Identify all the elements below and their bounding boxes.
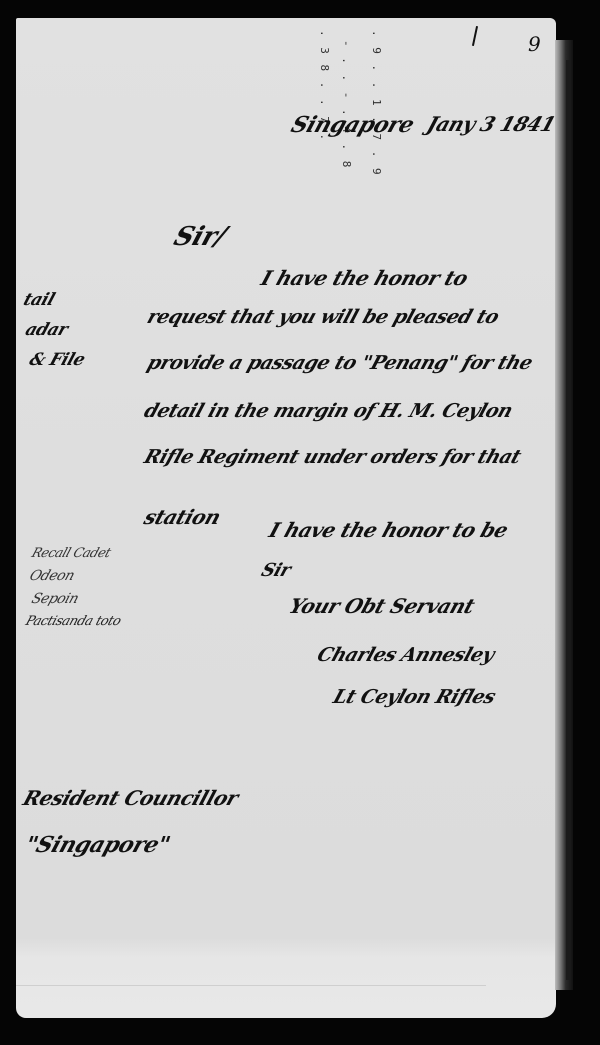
letter-place: Singapore [288,112,417,138]
stamp-column: - . . - . 4 . 8 [340,40,353,260]
closing-line: Your Obt Servant [286,594,477,618]
page-number: 9 [528,32,541,56]
stamp-column: . 9 . . 1 . 7 . 9 [370,30,383,250]
pencil-note: Odeon [27,568,76,584]
addressee-place: "Singapore" [22,832,173,858]
margin-note: & File [27,350,88,370]
pencil-note: Sepoin [29,591,80,607]
body-line: Rifle Regiment under orders for that [141,446,523,468]
binding-edge [566,60,570,980]
signature-name: Charles Annesley [314,644,497,666]
body-line: request that you will be pleased to [144,306,501,328]
pencil-note: Recall Cadet [30,546,113,561]
salutation: Sir/ [170,222,230,252]
body-line: detail in the margin of H. M. Ceylon [141,400,515,422]
body-line: provide a passage to "Penang" for the [144,352,535,374]
letter-date: Jany 3 1841 [424,112,558,136]
margin-note: adar [23,320,70,340]
signature-rank: Lt Ceylon Rifles [330,686,498,708]
closing-line: I have the honor to be [266,518,511,542]
body-line: I have the honor to [258,266,471,290]
binding-spine [555,40,573,990]
fold-line [16,985,486,986]
margin-note: tail [21,290,57,310]
pencil-note: Pactisanda toto [24,614,123,629]
stamp-column: . 3 8 . . 7 . [318,30,331,250]
addressee-title: Resident Councillor [20,786,241,810]
body-line: station [141,505,223,529]
